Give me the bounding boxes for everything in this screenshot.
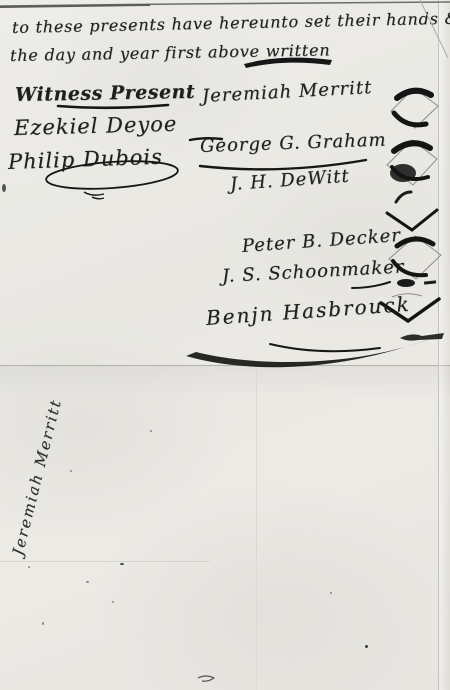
wax-seal-icon xyxy=(386,233,444,281)
signatory-signature: J. H. DeWitt xyxy=(229,166,350,195)
signatory-signature: Peter B. Decker xyxy=(241,225,401,257)
ink-mark xyxy=(380,276,442,290)
signatory-signature: Jeremiah Merritt xyxy=(201,77,372,107)
signatory-signature: J. S. Schoonmaker xyxy=(221,256,404,287)
paper-speck xyxy=(2,184,6,192)
paper-edge-strip xyxy=(439,0,450,690)
signatory-signature: George G. Graham xyxy=(200,129,387,157)
faint-fold-line xyxy=(0,561,210,562)
ink-smear-seal xyxy=(398,328,448,344)
closing-text-line1: to these presents have hereunto set thei… xyxy=(12,8,450,37)
signature-flourish xyxy=(270,344,380,351)
paper-speck xyxy=(365,645,368,648)
wax-seal-icon xyxy=(388,86,440,130)
stray-ink-mark xyxy=(198,676,214,681)
closing-text-line2: the day and year first above written xyxy=(10,40,331,65)
paper-speck xyxy=(112,601,114,603)
wax-seal-icon xyxy=(378,293,442,325)
wax-seal-icon xyxy=(384,188,440,232)
paper-speck xyxy=(150,430,152,432)
vertical-fold-line xyxy=(256,365,257,690)
torn-edge-line xyxy=(0,2,450,6)
paper-speck xyxy=(42,622,44,625)
paper-speck xyxy=(28,566,30,568)
torn-edge-line xyxy=(0,5,150,7)
paper-speck xyxy=(70,470,72,472)
paper-speck xyxy=(330,592,332,594)
underline-flourish xyxy=(58,105,168,108)
signature-flourish xyxy=(84,192,104,199)
witness-heading: Witness Present xyxy=(15,81,196,106)
signature-flourish xyxy=(186,338,432,367)
witness-signature: Philip Dubois xyxy=(8,145,164,174)
scanned-document-page: to these presents have hereunto set thei… xyxy=(0,0,450,690)
paper-speck xyxy=(86,581,89,583)
paper-speck xyxy=(120,563,124,565)
witness-signature: Ezekiel Deyoe xyxy=(14,112,178,140)
wax-seal-icon xyxy=(384,137,440,187)
